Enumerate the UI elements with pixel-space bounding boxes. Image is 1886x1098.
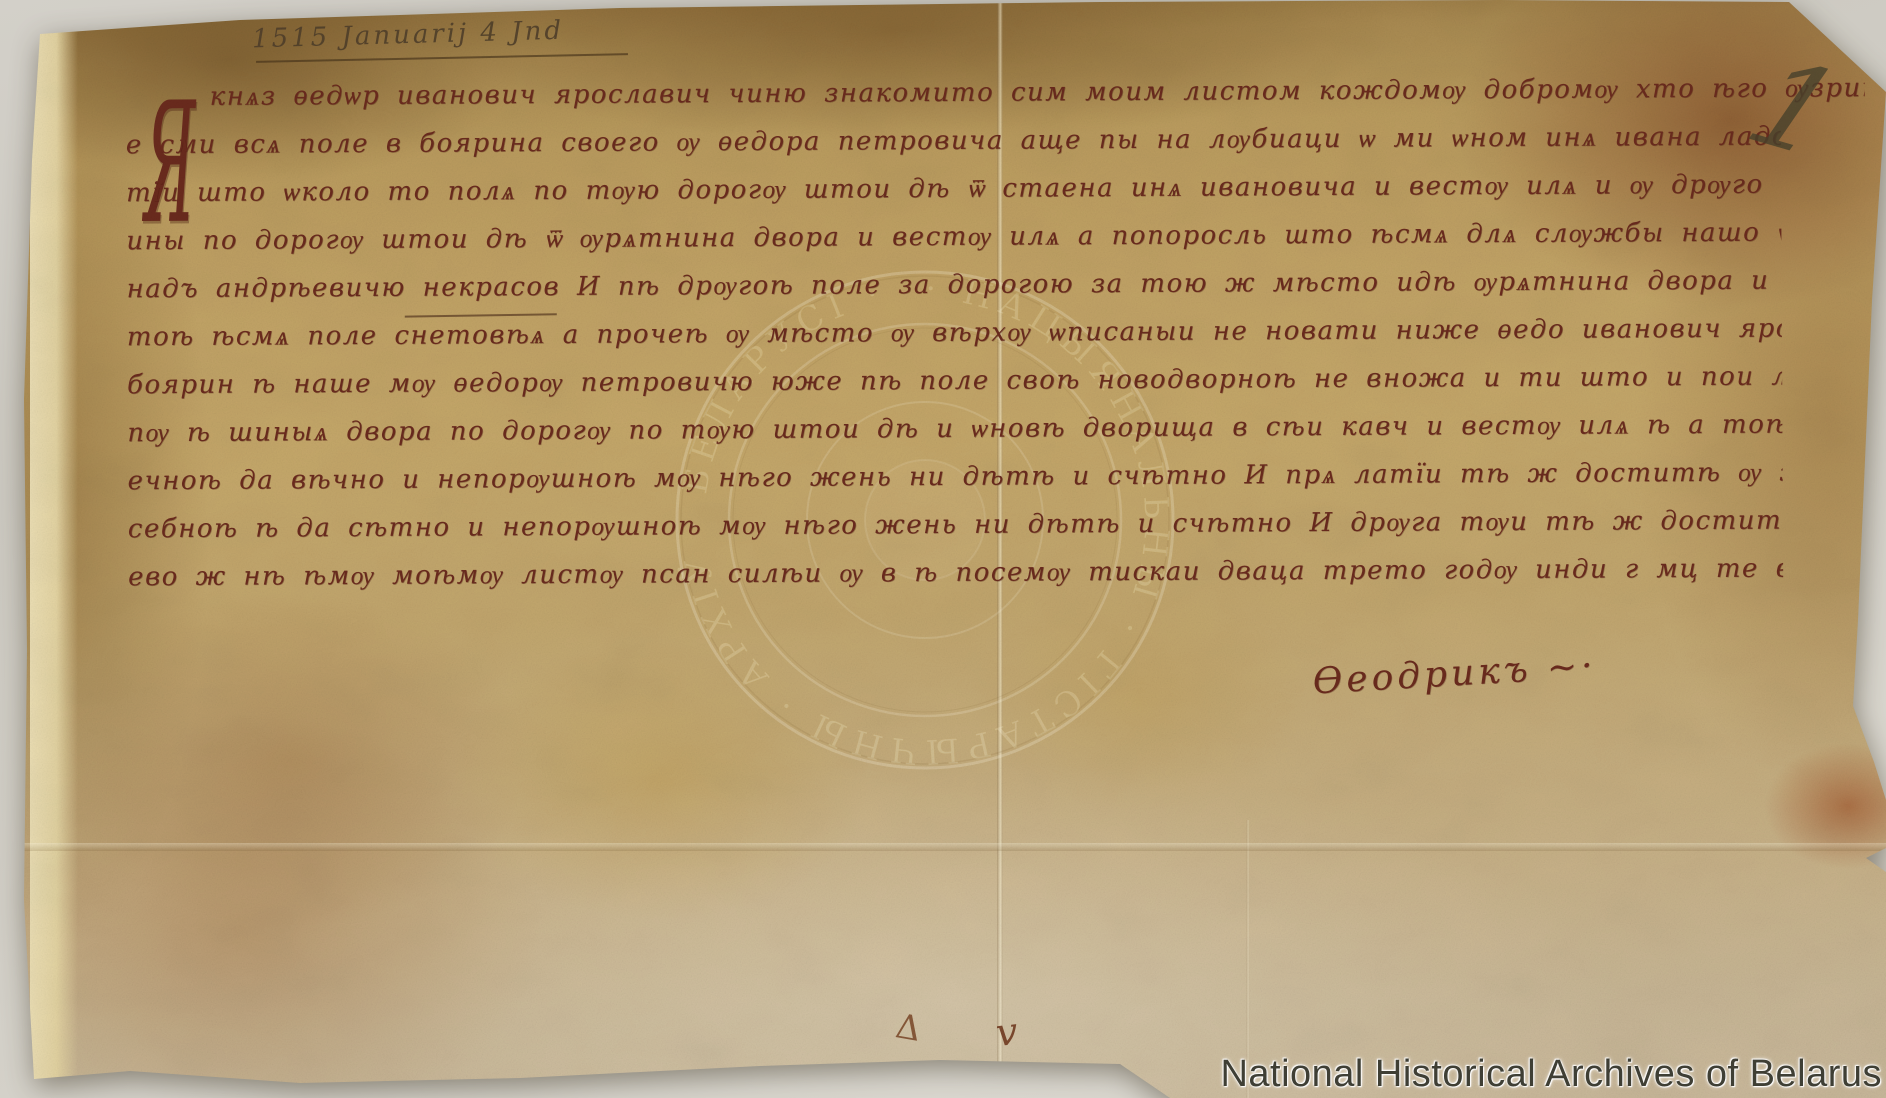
parchment-mottle-texture — [0, 0, 1886, 1098]
photograph-of-parchment-charter: · НАЦЫЯНАЛЬНЫ · ГІСТАРЫЧНЫ · АРХІЎ · БЕЛ… — [0, 0, 1886, 1098]
archive-watermark-text: National Historical Archives of Belarus — [1220, 1053, 1882, 1096]
parchment-sheet: · НАЦЫЯНАЛЬНЫ · ГІСТАРЫЧНЫ · АРХІЎ · БЕЛ… — [0, 0, 1886, 1098]
parchment-shadow-wrap: · НАЦЫЯНАЛЬНЫ · ГІСТАРЫЧНЫ · АРХІЎ · БЕЛ… — [0, 0, 1886, 1098]
